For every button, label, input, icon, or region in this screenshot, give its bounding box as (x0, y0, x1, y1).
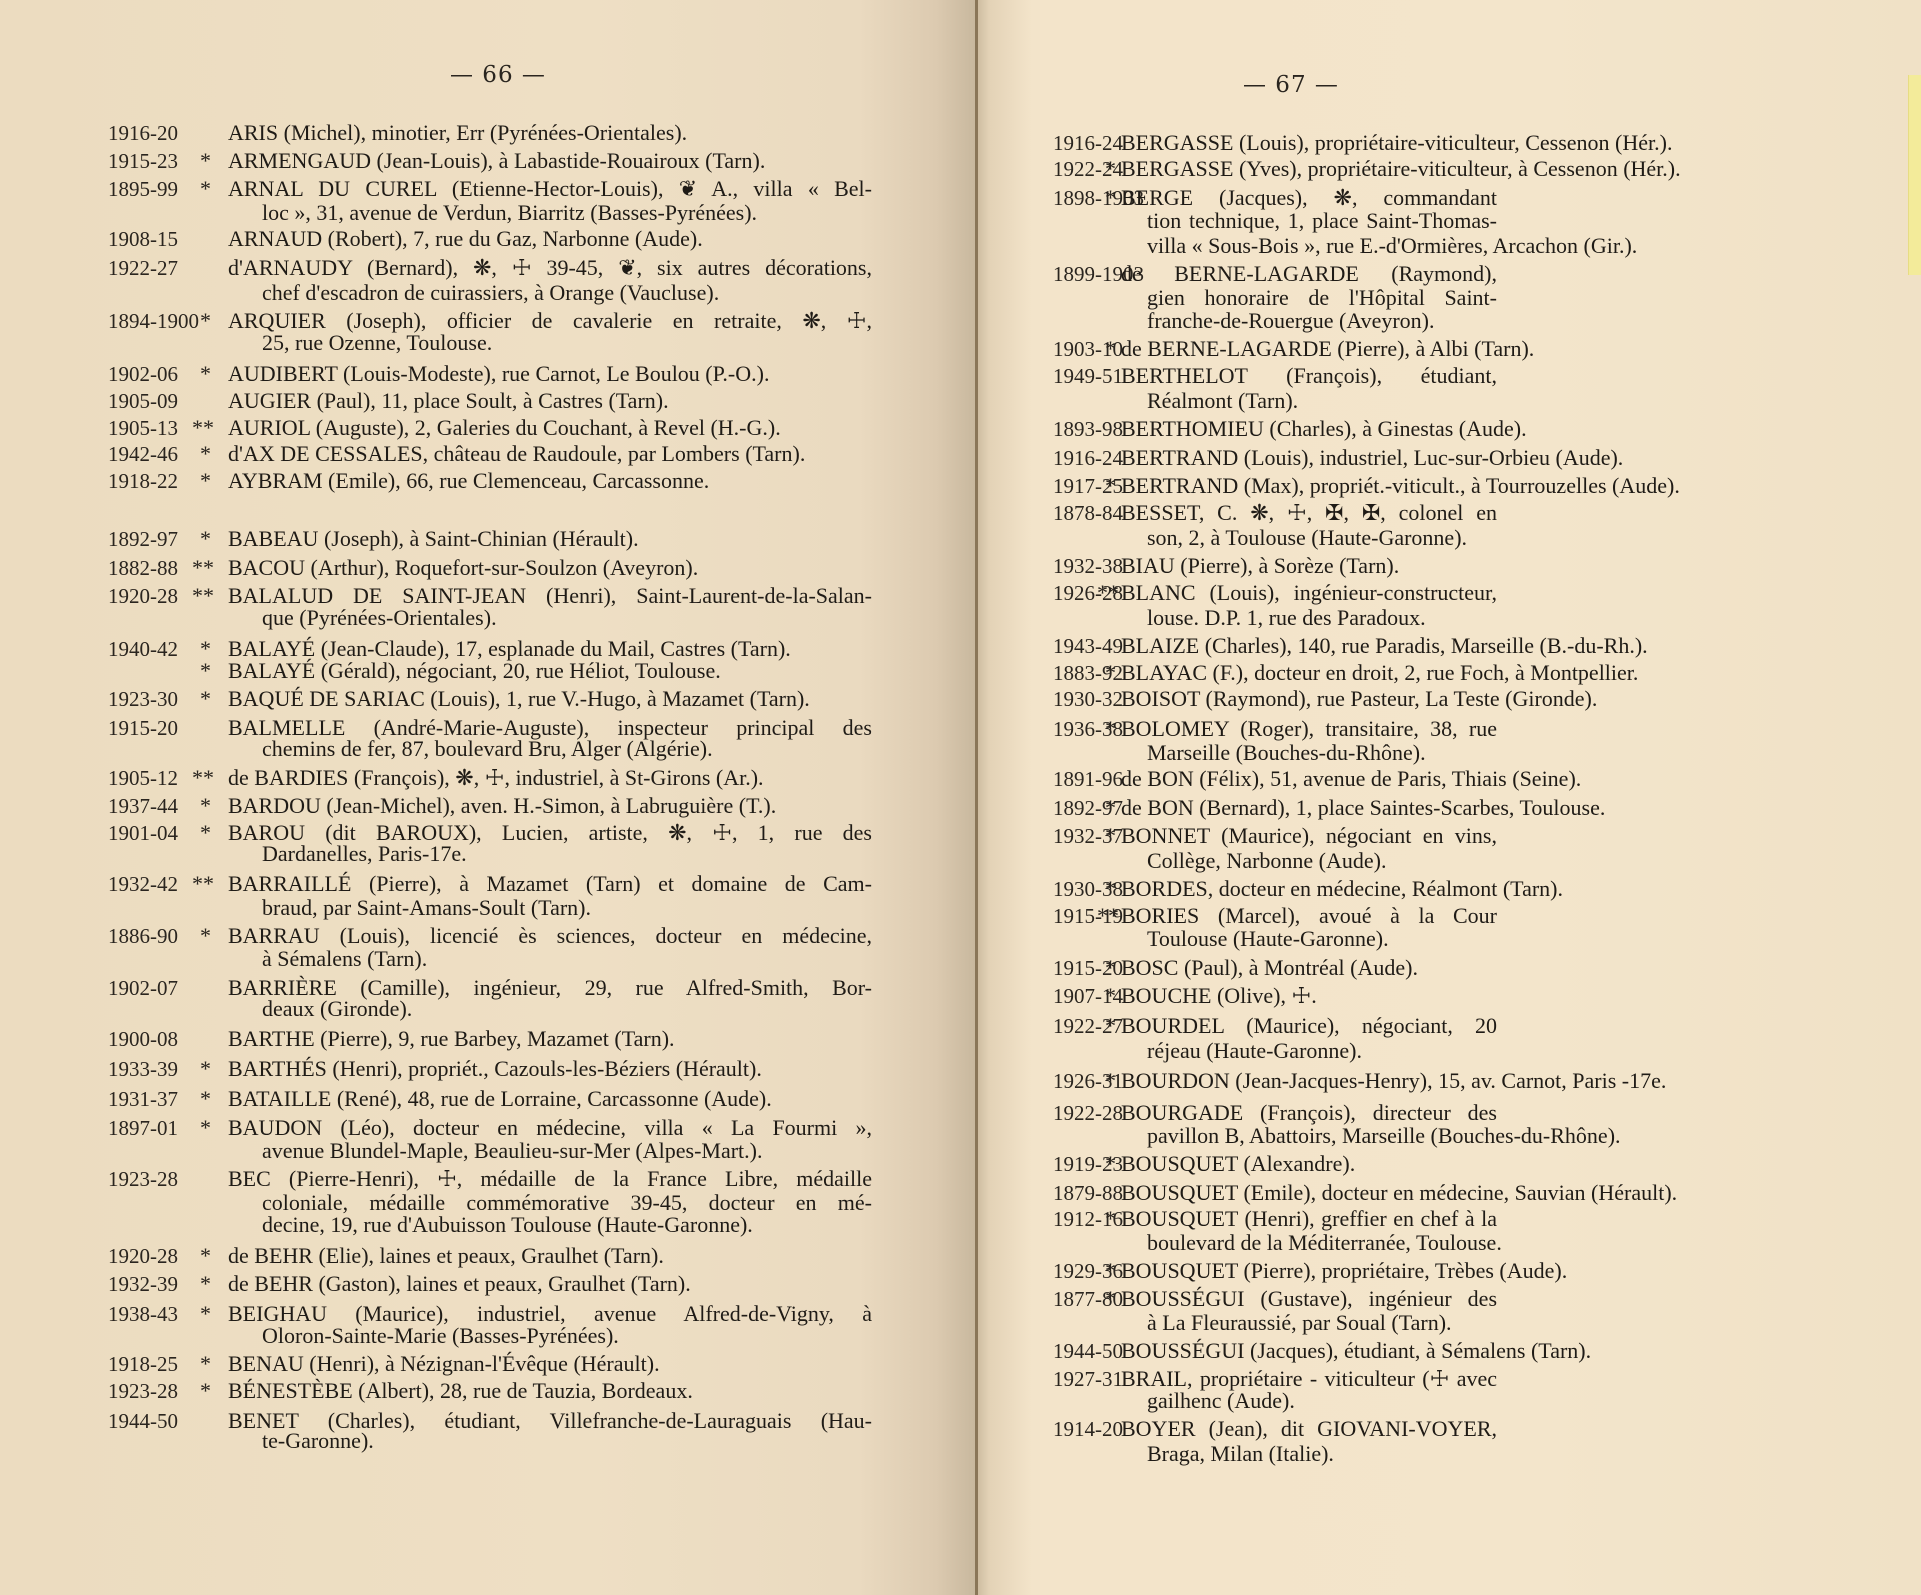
entry-mark: * (200, 1243, 211, 1269)
entry-text: BOUSQUET (Henri), greffier en chef à la … (1121, 1206, 1497, 1232)
entry-text: ARMENGAUD (Jean-Louis), à Labastide-Roua… (228, 148, 765, 174)
entry-years: 1920-28 (108, 583, 178, 609)
entry-mark: * (1105, 336, 1116, 362)
entry-text-continuation: Réalmont (Tarn). (1147, 388, 1298, 414)
entry-years: 1923-30 (108, 686, 178, 712)
entry-text: BOISOT (Raymond), rue Pasteur, La Teste … (1121, 686, 1597, 712)
entry-years: 1920-28 (108, 1243, 178, 1269)
entry-text: AURIOL (Auguste), 2, Galeries du Couchan… (228, 415, 781, 441)
entry-years: 1914-20 (1053, 1416, 1123, 1442)
entry-mark: ** (192, 415, 214, 441)
entry-text: d'ARNAUDY (Bernard), ❋, ☩ 39-45, ❦, six … (228, 255, 872, 281)
entry-text: BOLOMEY (Roger), transitaire, 38, rue Cr… (1121, 716, 1497, 742)
entry-text: AYBRAM (Emile), 66, rue Clemenceau, Carc… (228, 468, 709, 494)
entry-years: 1932-42 (108, 871, 178, 897)
entry-text: BLAYAC (F.), docteur en droit, 2, rue Fo… (1121, 660, 1638, 686)
entry-text-continuation: son, 2, à Toulouse (Haute-Garonne). (1147, 525, 1467, 551)
entry-text: BABEAU (Joseph), à Saint-Chinian (Héraul… (228, 526, 639, 552)
page-number: — 67 — (1243, 72, 1339, 98)
entry-mark: * (200, 526, 211, 552)
entry-years: 1943-49 (1053, 633, 1123, 659)
entry-mark: * (1105, 1206, 1116, 1232)
entry-mark: * (200, 1115, 211, 1141)
entry-text: BALAYÉ (Gérald), négociant, 20, rue Héli… (228, 658, 721, 684)
entry-text: BACOU (Arthur), Roquefort-sur-Soulzon (A… (228, 555, 698, 581)
entry-years: 1900-08 (108, 1026, 178, 1052)
entry-years: 1891-96 (1053, 766, 1123, 792)
entry-text: BENAU (Henri), à Nézignan-l'Évêque (Héra… (228, 1351, 660, 1377)
entry-text: ARNAL DU CUREL (Etienne-Hector-Louis), ❦… (228, 176, 872, 202)
entry-text: BARTHÉS (Henri), propriét., Cazouls-les-… (228, 1056, 762, 1082)
entry-text-continuation: decine, 19, rue d'Aubuisson Toulouse (Ha… (262, 1212, 753, 1238)
entry-text: BONNET (Maurice), négociant en vins, 24,… (1121, 823, 1497, 849)
entry-years: 1908-15 (108, 226, 178, 252)
entry-years: 1922-28 (1053, 1100, 1123, 1126)
entry-text: BERGASSE (Yves), propriétaire-viticulteu… (1121, 156, 1681, 182)
entry-mark: * (1105, 983, 1116, 1009)
entry-years: 1942-46 (108, 441, 178, 467)
entry-mark: * (1105, 473, 1116, 499)
entry-text: BORDES, docteur en médecine, Réalmont (T… (1121, 876, 1563, 902)
entry-mark: ** (1097, 580, 1119, 606)
entry-years: 1938-43 (108, 1301, 178, 1327)
entry-years: 1902-06 (108, 361, 178, 387)
entry-mark: * (200, 148, 211, 174)
entry-mark: * (1105, 1286, 1116, 1312)
entry-text: BOYER (Jean), dit GIOVANI-VOYER, artiste… (1121, 1416, 1497, 1442)
entry-mark: * (200, 923, 211, 949)
entry-text: ARIS (Michel), minotier, Err (Pyrénées-O… (228, 120, 687, 146)
entry-mark: * (1105, 660, 1116, 686)
entry-text: BATAILLE (René), 48, rue de Lorraine, Ca… (228, 1086, 772, 1112)
entry-text-continuation: Marseille (Bouches-du-Rhône). (1147, 740, 1426, 766)
entry-years: 1886-90 (108, 923, 178, 949)
entry-years: 1892-97 (108, 526, 178, 552)
entry-mark: ** (192, 871, 214, 897)
entry-mark: * (200, 658, 211, 684)
entry-years: 1933-39 (108, 1056, 178, 1082)
entry-years: 1879-88 (1053, 1180, 1123, 1206)
entry-years: 1918-25 (108, 1351, 178, 1377)
entry-text: BOUSSÉGUI (Jacques), étudiant, à Sémalen… (1121, 1338, 1591, 1364)
entry-text-continuation: Braga, Milan (Italie). (1147, 1441, 1334, 1467)
entry-years: 1882-88 (108, 555, 178, 581)
entry-mark: * (1105, 716, 1116, 742)
entry-text-continuation: chef d'escadron de cuirassiers, à Orange… (262, 280, 719, 306)
entry-text-continuation: Dardanelles, Paris-17e. (262, 841, 467, 867)
entry-years: 1897-01 (108, 1115, 178, 1141)
entry-mark: * (1105, 1151, 1116, 1177)
entry-text-continuation: deaux (Gironde). (262, 996, 412, 1022)
entry-text: AUGIER (Paul), 11, place Soult, à Castre… (228, 388, 669, 414)
entry-text-continuation: chemins de fer, 87, boulevard Bru, Alger… (262, 736, 713, 762)
entry-mark: * (200, 176, 211, 202)
sticky-note-tab (1908, 75, 1921, 275)
entry-mark: * (200, 1056, 211, 1082)
entry-text: BOSC (Paul), à Montréal (Aude). (1121, 955, 1418, 981)
page-number: — 66 — (450, 62, 546, 88)
entry-years: 1927-31 (1053, 1366, 1123, 1392)
entry-text: BARTHE (Pierre), 9, rue Barbey, Mazamet … (228, 1026, 675, 1052)
entry-years: 1916-24 (1053, 130, 1123, 156)
entry-text: BOUSSÉGUI (Gustave), ingénieur des arts … (1121, 1286, 1497, 1312)
entry-text: d'AX DE CESSALES, château de Raudoule, p… (228, 441, 805, 467)
entry-years: 1918-22 (108, 468, 178, 494)
entry-mark: * (200, 686, 211, 712)
entry-text: de BON (Bernard), 1, place Saintes-Scarb… (1121, 795, 1605, 821)
entry-years: 1893-98 (1053, 416, 1123, 442)
entry-text-continuation: gailhenc (Aude). (1147, 1388, 1295, 1414)
entry-text-continuation: Collège, Narbonne (Aude). (1147, 848, 1386, 874)
entry-mark: * (200, 1301, 211, 1327)
entry-text: de BERNE-LAGARDE (Pierre), à Albi (Tarn)… (1121, 336, 1534, 362)
entry-mark: * (1105, 955, 1116, 981)
left-page: — 66 — 1916-20ARIS (Michel), minotier, E… (0, 0, 975, 1595)
entry-years: 1937-44 (108, 793, 178, 819)
entry-mark: * (200, 793, 211, 819)
entry-years: 1923-28 (108, 1166, 178, 1192)
entry-text: de BEHR (Elie), laines et peaux, Graulhe… (228, 1243, 664, 1269)
entry-text-continuation: villa « Sous-Bois », rue E.-d'Ormières, … (1147, 233, 1637, 259)
entry-text: BARDOU (Jean-Michel), aven. H.-Simon, à … (228, 793, 776, 819)
entry-years: 1894-1900 (108, 308, 199, 334)
entry-text-continuation: te-Garonne). (262, 1428, 374, 1454)
entry-years: 1932-38 (1053, 553, 1123, 579)
entry-text-continuation: à La Fleuraussié, par Soual (Tarn). (1147, 1310, 1452, 1336)
entry-years: 1915-23 (108, 148, 178, 174)
entry-text-continuation: braud, par Saint-Amans-Soult (Tarn). (262, 895, 591, 921)
entry-text: de BERNE-LAGARDE (Raymond), docteur en m… (1121, 261, 1497, 287)
entry-text: AUDIBERT (Louis-Modeste), rue Carnot, Le… (228, 361, 769, 387)
entry-years: 1923-28 (108, 1378, 178, 1404)
entry-text: BOUCHE (Olive), ☩. (1121, 983, 1317, 1009)
entry-mark: * (1105, 823, 1116, 849)
entry-mark: * (1105, 1258, 1116, 1284)
entry-text-continuation: Oloron-Sainte-Marie (Basses-Pyrénées). (262, 1323, 619, 1349)
entry-text: BESSET, C. ❋, ☩, ✠, ✠, colonel en retrai… (1121, 500, 1497, 526)
entry-years: 1901-04 (108, 820, 178, 846)
entry-text: BARRAILLÉ (Pierre), à Mazamet (Tarn) et … (228, 871, 872, 897)
entry-text-continuation: loc », 31, avenue de Verdun, Biarritz (B… (262, 200, 757, 226)
entry-mark: * (200, 468, 211, 494)
entry-mark: * (200, 1378, 211, 1404)
entry-text-continuation: que (Pyrénées-Orientales). (262, 605, 497, 631)
entry-years: 1905-12 (108, 765, 178, 791)
entry-text-continuation: avenue Blundel-Maple, Beaulieu-sur-Mer (… (262, 1138, 763, 1164)
entry-mark: * (200, 1351, 211, 1377)
entry-text: BOUSQUET (Alexandre). (1121, 1151, 1355, 1177)
entry-text-continuation: louse. D.P. 1, rue des Paradoux. (1147, 605, 1426, 631)
entry-mark: ** (192, 583, 214, 609)
entry-mark: * (200, 1086, 211, 1112)
entry-mark: ** (1097, 903, 1119, 929)
entry-text-continuation: 25, rue Ozenne, Toulouse. (262, 330, 492, 356)
entry-text: BERTHOMIEU (Charles), à Ginestas (Aude). (1121, 416, 1527, 442)
entry-text-continuation: boulevard de la Méditerranée, Toulouse. (1147, 1230, 1502, 1256)
entry-text: BERTRAND (Louis), industriel, Luc-sur-Or… (1121, 445, 1623, 471)
entry-years: 1931-37 (108, 1086, 178, 1112)
entry-years: 1922-27 (108, 255, 178, 281)
entry-text-continuation: réjeau (Haute-Garonne). (1147, 1038, 1362, 1064)
entry-text-continuation: franche-de-Rouergue (Aveyron). (1147, 308, 1435, 334)
entry-years: 1944-50 (108, 1408, 178, 1434)
entry-mark: * (200, 361, 211, 387)
entry-mark: ** (192, 765, 214, 791)
entry-years: 1905-13 (108, 415, 178, 441)
entry-years: 1916-24 (1053, 445, 1123, 471)
entry-text: BLANC (Louis), ingénieur-constructeur, G… (1121, 580, 1497, 606)
entry-text: BOURDON (Jean-Jacques-Henry), 15, av. Ca… (1121, 1068, 1666, 1094)
entry-mark: ** (192, 555, 214, 581)
entry-years: 1932-39 (108, 1271, 178, 1297)
entry-years: 1949-51 (1053, 363, 1123, 389)
entry-text: de BON (Félix), 51, avenue de Paris, Thi… (1121, 766, 1581, 792)
entry-mark: * (1105, 1013, 1116, 1039)
entry-years: 1895-99 (108, 176, 178, 202)
entry-mark: * (1105, 795, 1116, 821)
entry-years: 1905-09 (108, 388, 178, 414)
entry-years: 1940-42 (108, 636, 178, 662)
entry-text-continuation: Toulouse (Haute-Garonne). (1147, 926, 1389, 952)
entry-mark: * (1105, 156, 1116, 182)
entry-text: BIAU (Pierre), à Sorèze (Tarn). (1121, 553, 1399, 579)
entry-years: 1916-20 (108, 120, 178, 146)
entry-mark: * (200, 1271, 211, 1297)
entry-years: 1930-32 (1053, 686, 1123, 712)
entry-mark: * (1105, 1068, 1116, 1094)
entry-text: BLAIZE (Charles), 140, rue Paradis, Mars… (1121, 633, 1648, 659)
entry-text: BOUSQUET (Emile), docteur en médecine, S… (1121, 1180, 1677, 1206)
entry-text-continuation: pavillon B, Abattoirs, Marseille (Bouche… (1147, 1123, 1621, 1149)
entry-mark: * (200, 820, 211, 846)
entry-mark: * (200, 441, 211, 467)
entry-text: de BEHR (Gaston), laines et peaux, Graul… (228, 1271, 691, 1297)
entry-text: BAQUÉ DE SARIAC (Louis), 1, rue V.-Hugo,… (228, 686, 810, 712)
right-page: — 67 — 1916-24BERGASSE (Louis), propriét… (975, 0, 1921, 1595)
entry-text: de BARDIES (François), ❋, ☩, industriel,… (228, 765, 764, 791)
entry-years: 1878-84 (1053, 500, 1123, 526)
entry-mark: * (1105, 185, 1116, 211)
entry-text: BOURDEL (Maurice), négociant, 20 avenue … (1121, 1013, 1497, 1039)
entry-text: BERGASSE (Louis), propriétaire-viticulte… (1121, 130, 1672, 156)
entry-text: ARNAUD (Robert), 7, rue du Gaz, Narbonne… (228, 226, 703, 252)
entry-text: BERTHELOT (François), étudiant, boulevar… (1121, 363, 1497, 389)
entry-text-continuation: à Sémalens (Tarn). (262, 946, 427, 972)
entry-years: 1944-50 (1053, 1338, 1123, 1364)
entry-years: 1902-07 (108, 975, 178, 1001)
entry-years: 1915-20 (108, 715, 178, 741)
entry-text: BERTRAND (Max), propriét.-viticult., à T… (1121, 473, 1680, 499)
entry-text: BÉNESTÈBE (Albert), 28, rue de Tauzia, B… (228, 1378, 693, 1404)
entry-text: BOUSQUET (Pierre), propriétaire, Trèbes … (1121, 1258, 1567, 1284)
entry-text-continuation: tion technique, 1, place Saint-Thomas-d'… (1147, 208, 1497, 234)
entry-text: BEC (Pierre-Henri), ☩, médaille de la Fr… (228, 1166, 872, 1192)
entry-mark: * (1105, 876, 1116, 902)
entry-mark: * (200, 308, 211, 334)
